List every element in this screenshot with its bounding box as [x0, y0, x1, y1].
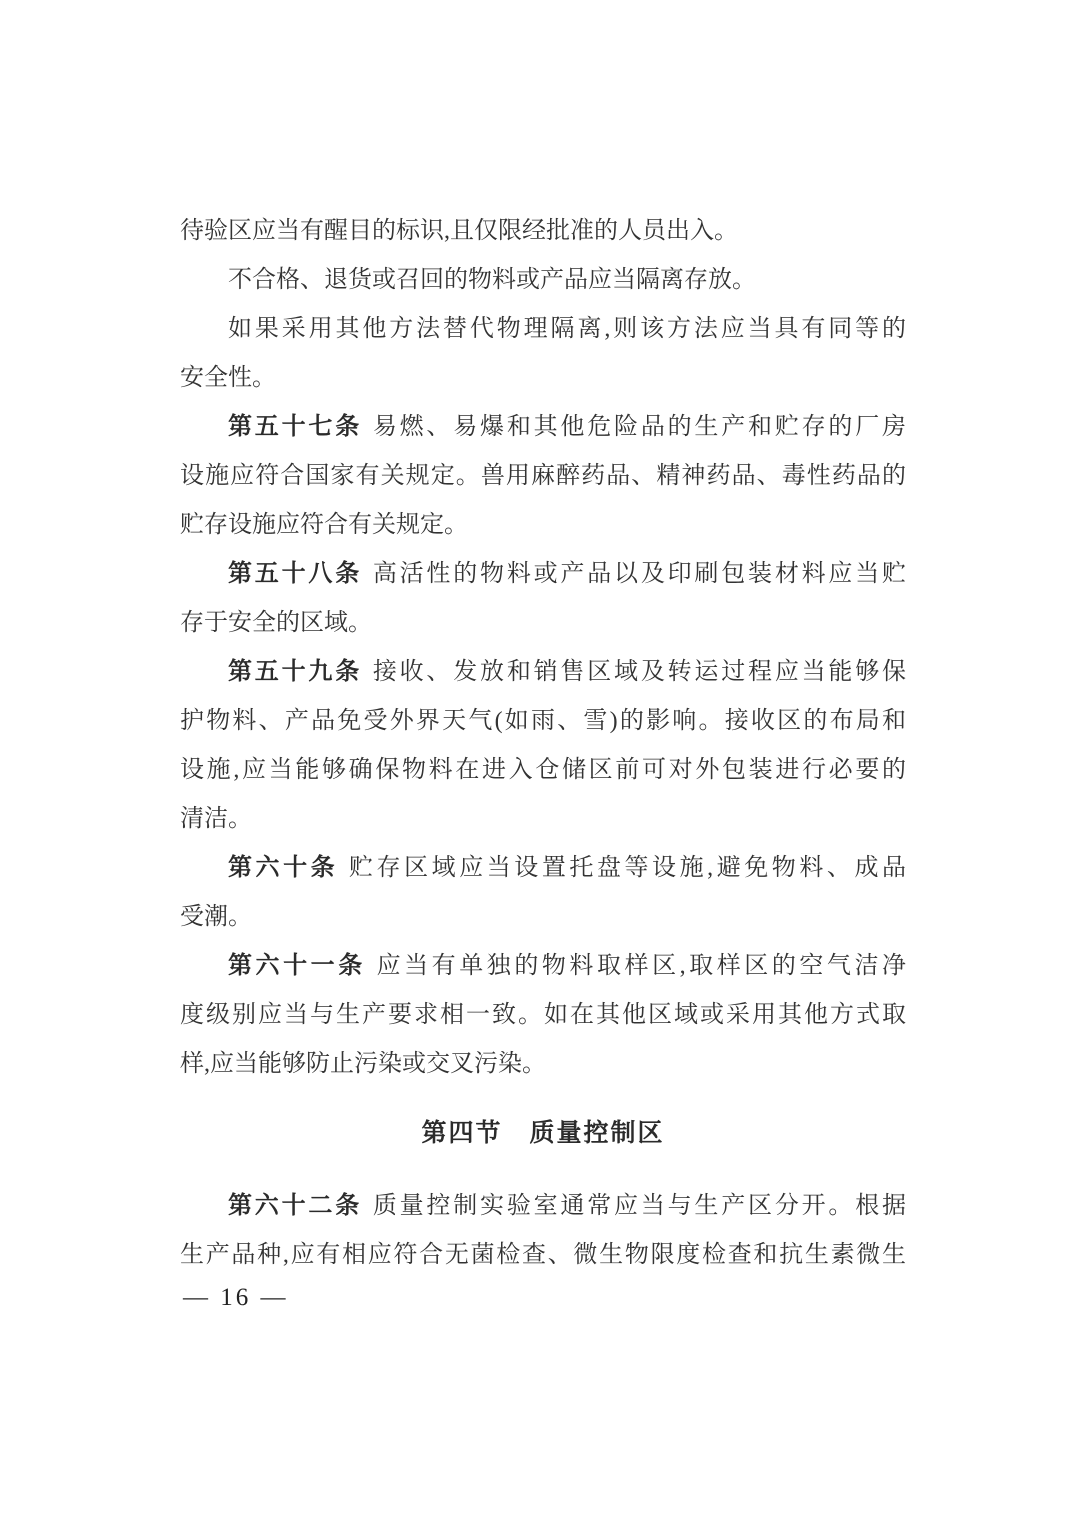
line-text: 度级别应当与生产要求相一致。如在其他区域或采用其他方式取 — [180, 1002, 906, 1028]
text-line: 第五十九条接收、发放和销售区域及转运过程应当能够保 — [180, 648, 906, 697]
text-line: 第六十二条质量控制实验室通常应当与生产区分开。根据 — [180, 1182, 906, 1231]
text-line: 清洁。 — [180, 795, 906, 844]
text-line: 设施应符合国家有关规定。兽用麻醉药品、精神药品、毒性药品的 — [180, 452, 906, 501]
line-text: 存于安全的区域。 — [180, 610, 372, 636]
line-text: 不合格、退货或召回的物料或产品应当隔离存放。 — [228, 267, 756, 293]
line-text: 贮存设施应符合有关规定。 — [180, 512, 468, 538]
line-text: 设施应符合国家有关规定。兽用麻醉药品、精神药品、毒性药品的 — [180, 463, 906, 489]
line-text: 受潮。 — [180, 904, 252, 930]
section-heading: 第四节 质量控制区 — [180, 1109, 906, 1158]
text-line: 生产品种,应有相应符合无菌检查、微生物限度检查和抗生素微生 — [180, 1231, 906, 1280]
line-text: 清洁。 — [180, 806, 252, 832]
document-page: 待验区应当有醒目的标识,且仅限经批准的人员出入。不合格、退货或召回的物料或产品应… — [0, 0, 1080, 1529]
page-body: 待验区应当有醒目的标识,且仅限经批准的人员出入。不合格、退货或召回的物料或产品应… — [180, 207, 906, 1280]
line-text: 如果采用其他方法替代物理隔离,则该方法应当具有同等的 — [228, 316, 906, 342]
text-line: 安全性。 — [180, 354, 906, 403]
text-line: 存于安全的区域。 — [180, 599, 906, 648]
text-line: 第五十八条高活性的物料或产品以及印刷包装材料应当贮 — [180, 550, 906, 599]
line-text: 易燃、易爆和其他危险品的生产和贮存的厂房 — [373, 414, 906, 440]
text-line: 不合格、退货或召回的物料或产品应当隔离存放。 — [180, 256, 906, 305]
line-text: 样,应当能够防止污染或交叉污染。 — [180, 1051, 546, 1077]
line-text: 质量控制实验室通常应当与生产区分开。根据 — [373, 1193, 906, 1219]
page-footer: — 16 — — [183, 1284, 289, 1312]
text-line: 如果采用其他方法替代物理隔离,则该方法应当具有同等的 — [180, 305, 906, 354]
article-number: 第五十七条 — [228, 414, 362, 440]
line-text: 安全性。 — [180, 365, 276, 391]
line-text: 待验区应当有醒目的标识,且仅限经批准的人员出入。 — [180, 218, 738, 244]
line-text: 接收、发放和销售区域及转运过程应当能够保 — [373, 659, 906, 685]
line-text: 贮存区域应当设置托盘等设施,避免物料、成品 — [349, 855, 906, 881]
article-number: 第六十一条 — [228, 953, 366, 979]
line-text: 生产品种,应有相应符合无菌检查、微生物限度检查和抗生素微生 — [180, 1242, 906, 1268]
text-line: 度级别应当与生产要求相一致。如在其他区域或采用其他方式取 — [180, 991, 906, 1040]
article-number: 第六十二条 — [228, 1193, 362, 1219]
text-line: 贮存设施应符合有关规定。 — [180, 501, 906, 550]
text-line: 第六十条贮存区域应当设置托盘等设施,避免物料、成品 — [180, 844, 906, 893]
text-line: 待验区应当有醒目的标识,且仅限经批准的人员出入。 — [180, 207, 906, 256]
text-line: 第五十七条易燃、易爆和其他危险品的生产和贮存的厂房 — [180, 403, 906, 452]
text-line: 护物料、产品免受外界天气(如雨、雪)的影响。接收区的布局和 — [180, 697, 906, 746]
text-line: 第六十一条应当有单独的物料取样区,取样区的空气洁净 — [180, 942, 906, 991]
line-text: 高活性的物料或产品以及印刷包装材料应当贮 — [373, 561, 906, 587]
page-number: — 16 — — [183, 1284, 289, 1311]
text-line: 样,应当能够防止污染或交叉污染。 — [180, 1040, 906, 1089]
article-number: 第五十八条 — [228, 561, 362, 587]
text-line: 设施,应当能够确保物料在进入仓储区前可对外包装进行必要的 — [180, 746, 906, 795]
line-text: 应当有单独的物料取样区,取样区的空气洁净 — [377, 953, 906, 979]
article-number: 第五十九条 — [228, 659, 362, 685]
line-text: 设施,应当能够确保物料在进入仓储区前可对外包装进行必要的 — [180, 757, 906, 783]
line-text: 护物料、产品免受外界天气(如雨、雪)的影响。接收区的布局和 — [180, 708, 906, 734]
article-number: 第六十条 — [228, 855, 338, 881]
text-line: 受潮。 — [180, 893, 906, 942]
